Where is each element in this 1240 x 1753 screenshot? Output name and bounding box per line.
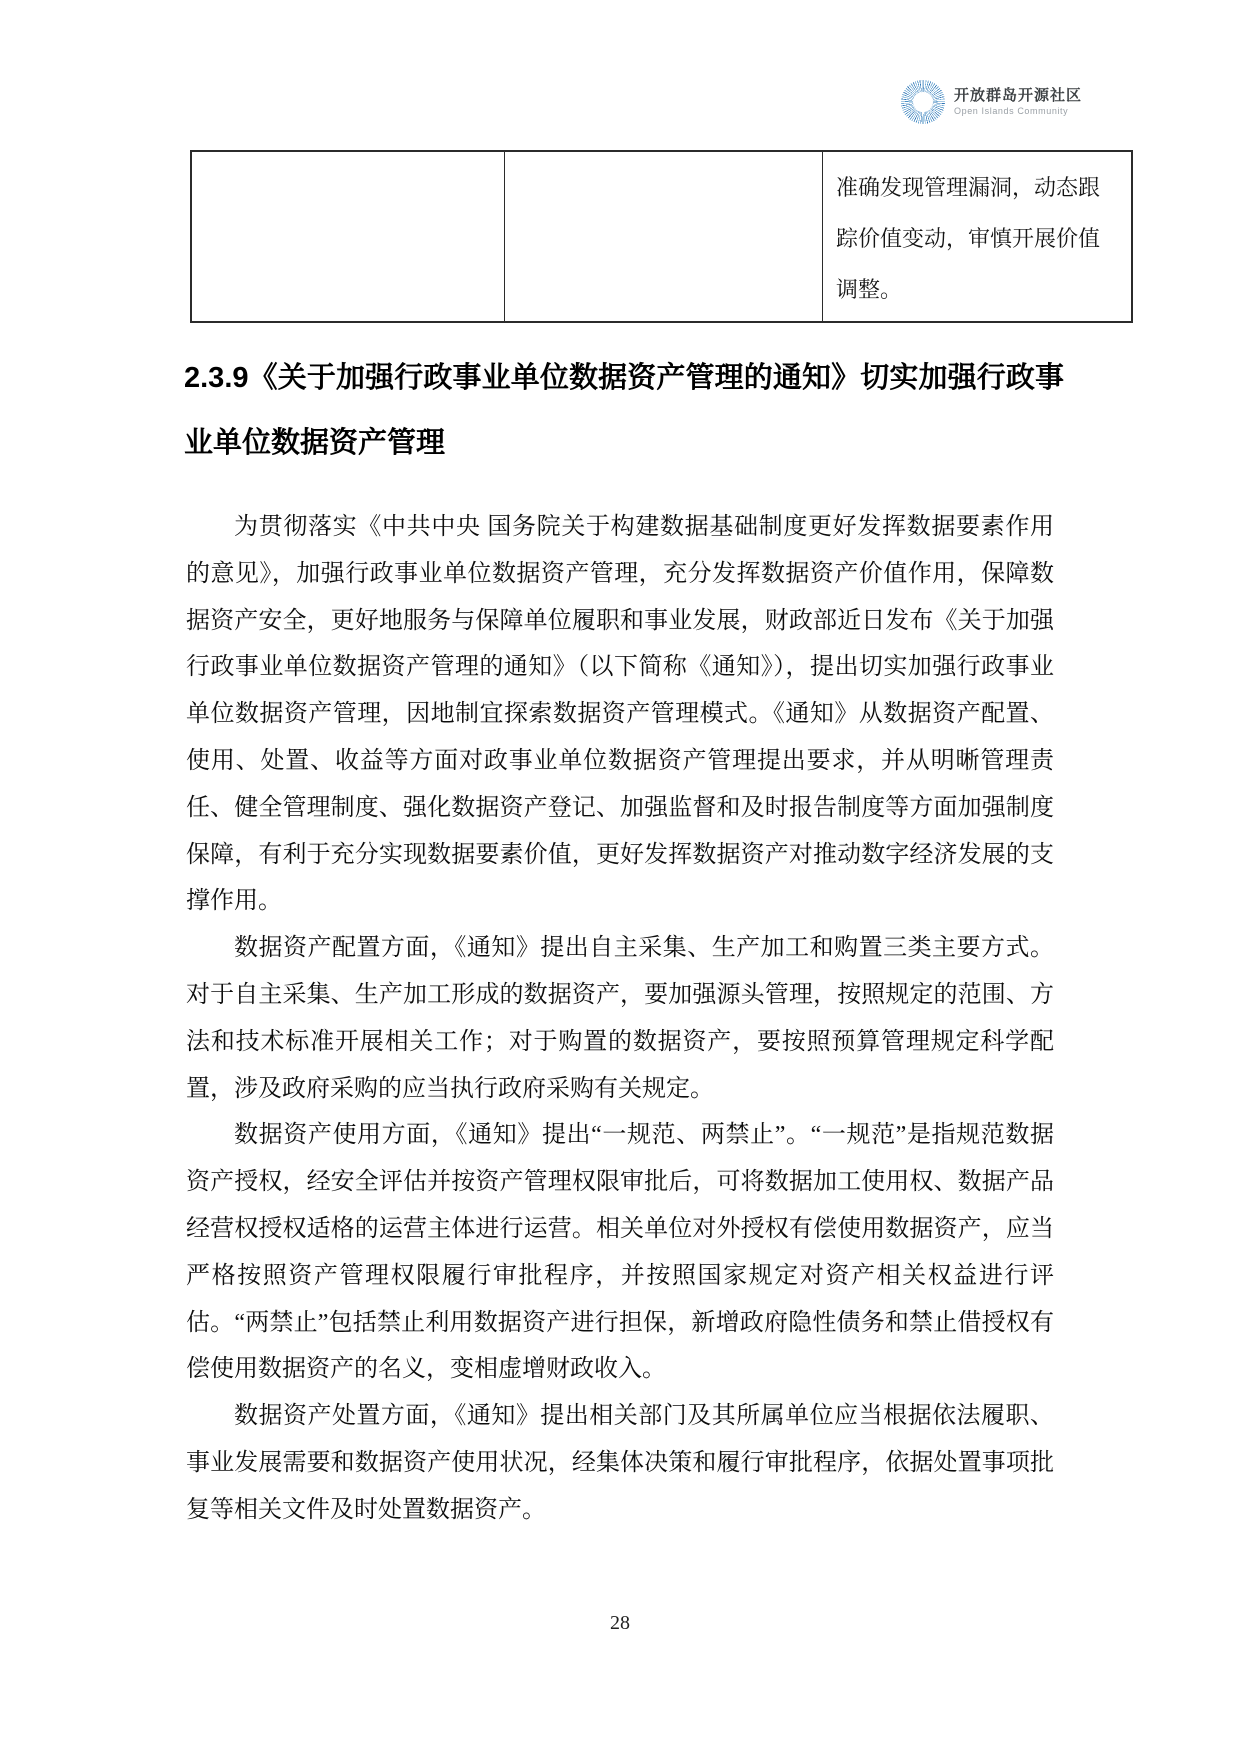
paragraph-3: 数据资产使用方面，《通知》提出“一规范、两禁止”。“一规范”是指规范数据资产授权… [186,1112,1054,1393]
paragraph-2: 数据资产配置方面，《通知》提出自主采集、生产加工和购置三类主要方式。对于自主采集… [186,925,1054,1112]
table-cell-2 [505,151,823,322]
page-number: 28 [0,1612,1240,1635]
brand-name-cn: 开放群岛开源社区 [954,87,1082,104]
body-text: 为贯彻落实《中共中央 国务院关于构建数据基础制度更好发挥数据要素作用的意见》，加… [186,504,1054,1534]
table-cell-3: 准确发现管理漏洞，动态跟踪价值变动，审慎开展价值调整。 [823,151,1133,322]
paragraph-4: 数据资产处置方面，《通知》提出相关部门及其所属单位应当根据依法履职、事业发展需要… [186,1393,1054,1533]
paragraph-1: 为贯彻落实《中共中央 国务院关于构建数据基础制度更好发挥数据要素作用的意见》，加… [186,504,1054,925]
brand-text: 开放群岛开源社区 Open Islands Community [954,87,1082,117]
section-heading: 2.3.9《关于加强行政事业单位数据资产管理的通知》切实加强行政事业单位数据资产… [184,346,1064,476]
data-table: 准确发现管理漏洞，动态跟踪价值变动，审慎开展价值调整。 [190,150,1133,323]
table-row: 准确发现管理漏洞，动态跟踪价值变动，审慎开展价值调整。 [191,151,1132,322]
table-cell-1 [191,151,505,322]
sunburst-icon [901,80,945,124]
brand-name-en: Open Islands Community [954,106,1082,116]
brand-logo: 开放群岛开源社区 Open Islands Community [901,80,1082,124]
document-page: 开放群岛开源社区 Open Islands Community 准确发现管理漏洞… [0,0,1240,1753]
